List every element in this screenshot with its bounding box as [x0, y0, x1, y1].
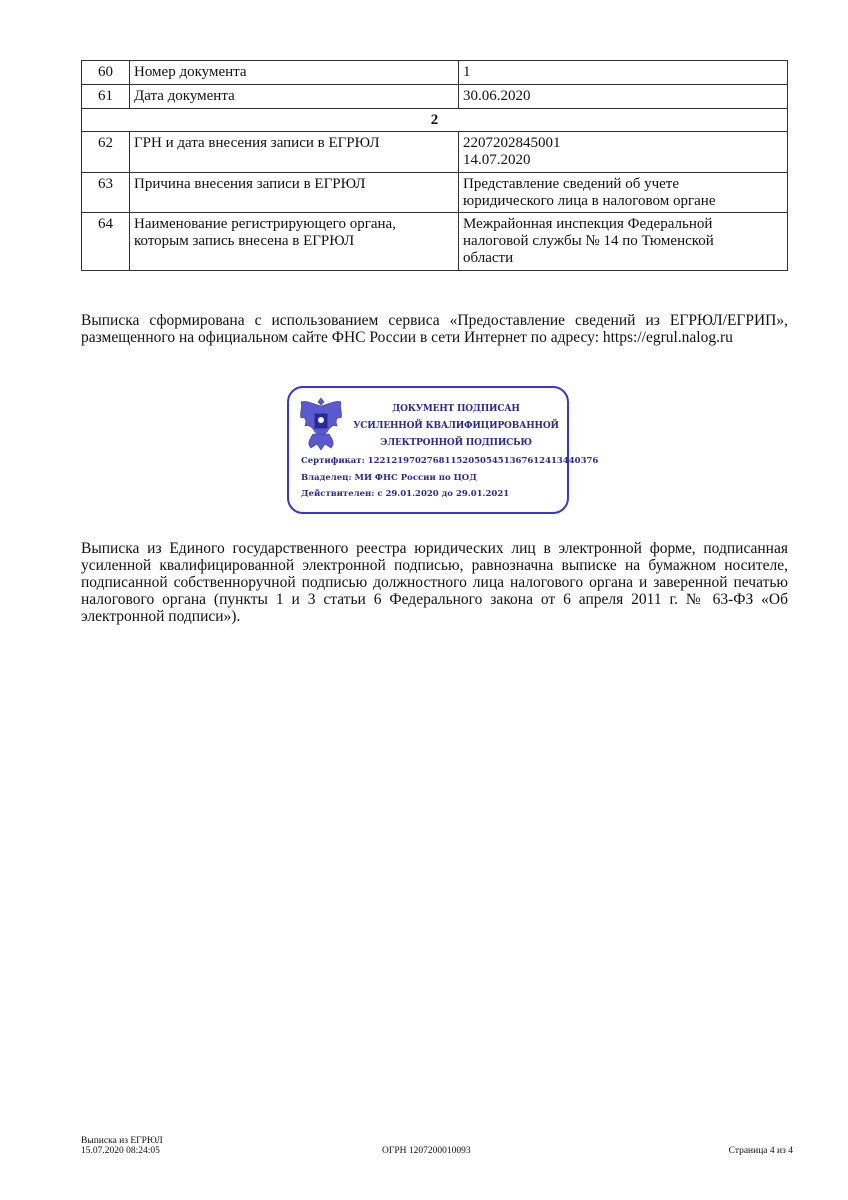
stamp-certificate: Сертификат: 1221219702768115205054513676… [301, 456, 598, 466]
stamp-title-line: ДОКУМЕНТ ПОДПИСАН [351, 401, 561, 418]
row-number: 62 [82, 132, 130, 173]
table-row: 63 Причина внесения записи в ЕГРЮЛ Предс… [82, 173, 788, 213]
value-line: юридического лица в налоговом органе [463, 193, 783, 210]
footer-ogrn: ОГРН 1207200010093 [382, 1146, 471, 1156]
value-line: Представление сведений об учете [463, 176, 783, 193]
egrul-table: 60 Номер документа 1 61 Дата документа 3… [81, 60, 788, 271]
table-row: 64 Наименование регистрирующего органа,к… [82, 213, 788, 271]
table-row: 61 Дата документа 30.06.2020 [82, 85, 788, 109]
service-note: Выписка сформирована с использованием се… [81, 312, 788, 346]
row-label: Дата документа [130, 85, 459, 109]
row-value: 1 [459, 61, 788, 85]
section-number: 2 [82, 109, 788, 132]
footer-doc-name: Выписка из ЕГРЮЛ [81, 1136, 163, 1146]
value-line: Межрайонная инспекция Федеральной [463, 216, 783, 233]
footer-timestamp: 15.07.2020 08:24:05 [81, 1146, 163, 1156]
coat-of-arms-icon [295, 394, 347, 454]
stamp-title-line: ЭЛЕКТРОННОЙ ПОДПИСЬЮ [351, 435, 561, 452]
row-label: Наименование регистрирующего органа,кото… [130, 213, 459, 271]
row-label: Причина внесения записи в ЕГРЮЛ [130, 173, 459, 213]
row-number: 64 [82, 213, 130, 271]
row-number: 60 [82, 61, 130, 85]
row-number: 63 [82, 173, 130, 213]
legal-note: Выписка из Единого государственного реес… [81, 540, 788, 625]
row-value: Межрайонная инспекция Федеральнойналогов… [459, 213, 788, 271]
stamp-validity: Действителен: с 29.01.2020 до 29.01.2021 [301, 489, 509, 499]
row-number: 61 [82, 85, 130, 109]
value-line: области [463, 250, 783, 267]
grn-date: 14.07.2020 [463, 152, 783, 169]
row-label: Номер документа [130, 61, 459, 85]
value-line: налоговой службы № 14 по Тюменской [463, 233, 783, 250]
label-line: Наименование регистрирующего органа, [134, 216, 454, 233]
row-label: ГРН и дата внесения записи в ЕГРЮЛ [130, 132, 459, 173]
row-value: 220720284500114.07.2020 [459, 132, 788, 173]
table-row: 60 Номер документа 1 [82, 61, 788, 85]
row-value: Представление сведений об учетеюридическ… [459, 173, 788, 213]
row-value: 30.06.2020 [459, 85, 788, 109]
grn-value: 2207202845001 [463, 135, 783, 152]
footer-left: Выписка из ЕГРЮЛ 15.07.2020 08:24:05 [81, 1136, 163, 1156]
stamp-title-line: УСИЛЕННОЙ КВАЛИФИЦИРОВАННОЙ [351, 418, 561, 435]
stamp-title: ДОКУМЕНТ ПОДПИСАН УСИЛЕННОЙ КВАЛИФИЦИРОВ… [351, 401, 561, 452]
table-row: 62 ГРН и дата внесения записи в ЕГРЮЛ 22… [82, 132, 788, 173]
section-row: 2 [82, 109, 788, 132]
stamp-owner: Владелец: МИ ФНС России по ЦОД [301, 473, 477, 483]
footer-page-number: Страница 4 из 4 [729, 1146, 793, 1156]
label-line: которым запись внесена в ЕГРЮЛ [134, 233, 454, 250]
signature-stamp: ДОКУМЕНТ ПОДПИСАН УСИЛЕННОЙ КВАЛИФИЦИРОВ… [287, 386, 569, 514]
